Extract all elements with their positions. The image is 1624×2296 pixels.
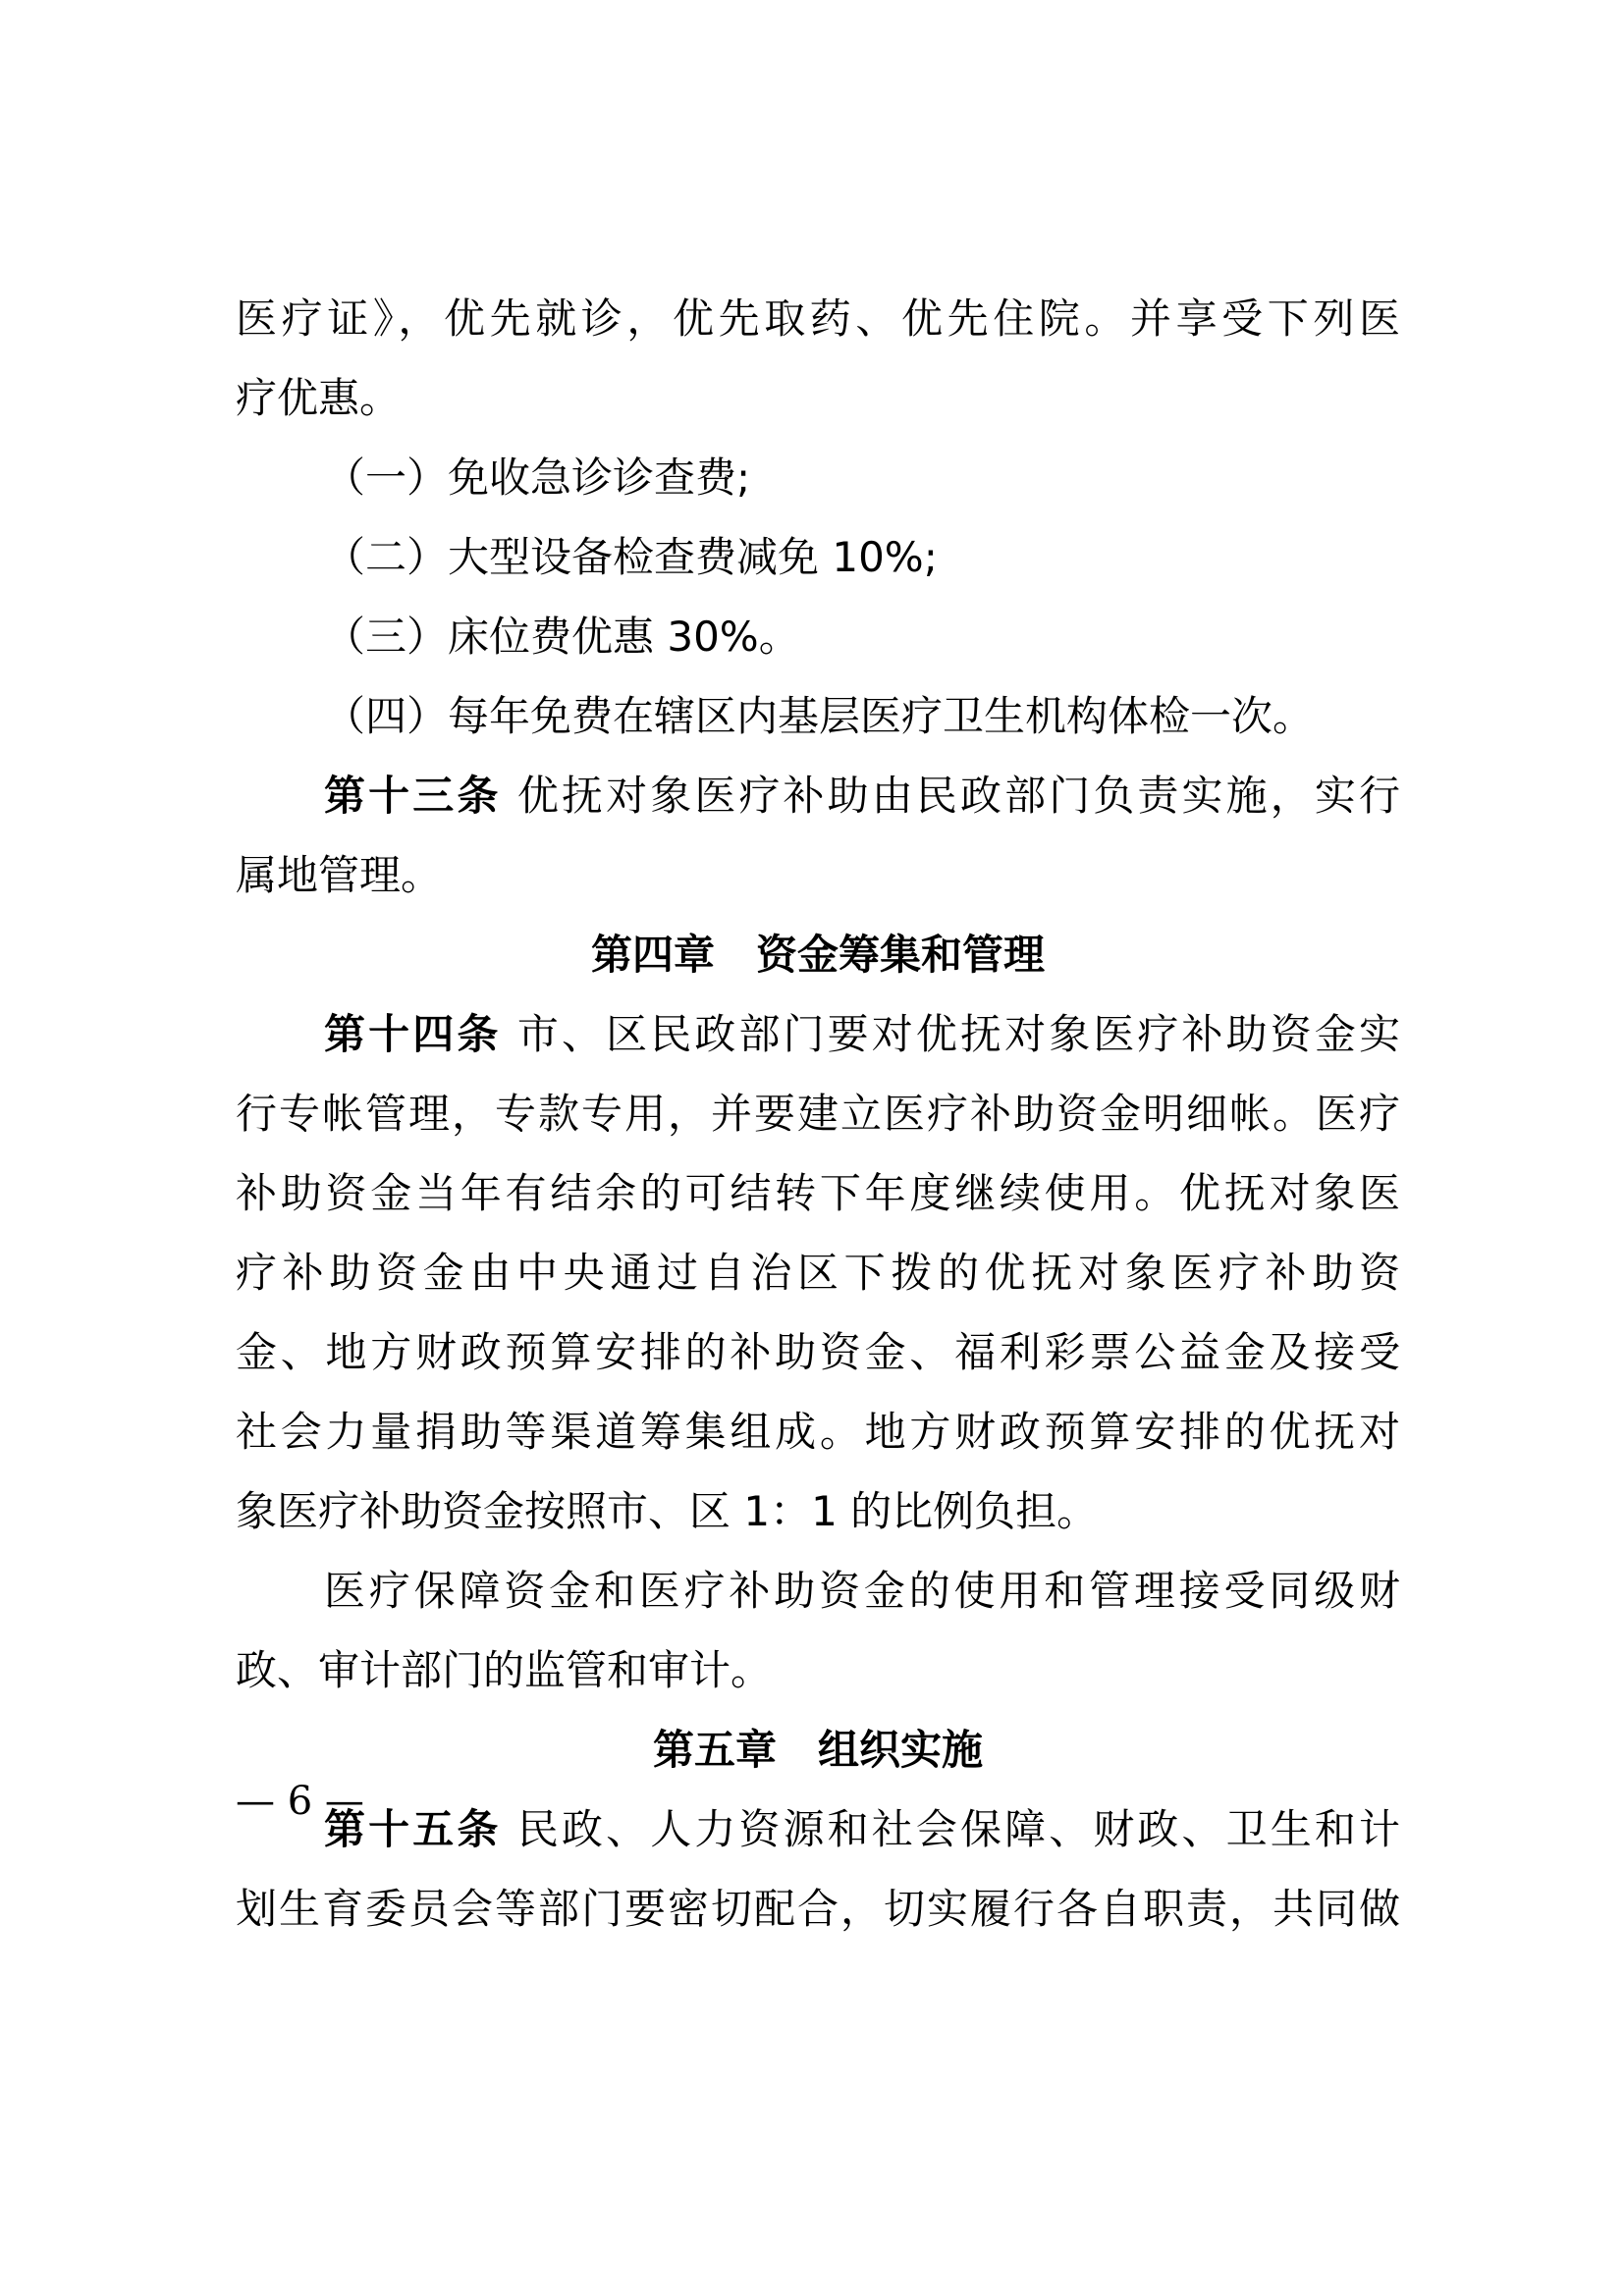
text-line: 疗优惠。 (236, 358, 1400, 438)
text-line: 划生育委员会等部门要密切配合，切实履行各自职责，共同做 (236, 1869, 1400, 1949)
text-line: 属地管理。 (236, 835, 1400, 915)
article-line: 第十三条 优抚对象医疗补助由民政部门负责实施，实行 (236, 756, 1400, 835)
text-line: 医疗证》，优先就诊，优先取药、优先住院。并享受下列医 (236, 279, 1400, 358)
list-item: （一）免收急诊诊查费; (236, 438, 1400, 517)
chapter-title: 组织实施 (818, 1726, 983, 1774)
list-item: （二）大型设备检查费减免 10%; (236, 517, 1400, 597)
text-line: 象医疗补助资金按照市、区 1：1 的比例负担。 (236, 1471, 1400, 1551)
document-body: 医疗证》，优先就诊，优先取药、优先住院。并享受下列医 疗优惠。 （一）免收急诊诊… (236, 279, 1400, 1949)
chapter-heading: 第四章资金筹集和管理 (236, 915, 1400, 994)
list-item: （三）床位费优惠 30%。 (236, 597, 1400, 676)
article-label: 第十三条 (324, 772, 501, 820)
article-line: 第十四条 市、区民政部门要对优抚对象医疗补助资金实 (236, 994, 1400, 1074)
chapter-heading: 第五章组织实施 (236, 1710, 1400, 1789)
article-label: 第十四条 (324, 1010, 501, 1058)
paragraph-line: 医疗保障资金和医疗补助资金的使用和管理接受同级财 (236, 1551, 1400, 1630)
text-line: 疗补助资金由中央通过自治区下拨的优抚对象医疗补助资 (236, 1233, 1400, 1312)
text-line: 政、审计部门的监管和审计。 (236, 1630, 1400, 1710)
chapter-number: 第四章 (591, 931, 715, 979)
list-item: （四）每年免费在辖区内基层医疗卫生机构体检一次。 (236, 676, 1400, 756)
text-line: 社会力量捐助等渠道筹集组成。地方财政预算安排的优抚对 (236, 1392, 1400, 1471)
text-line: 行专帐管理，专款专用，并要建立医疗补助资金明细帐。医疗 (236, 1074, 1400, 1153)
article-line: 第十五条 民政、人力资源和社会保障、财政、卫生和计 (236, 1789, 1400, 1869)
chapter-title: 资金筹集和管理 (756, 931, 1045, 979)
article-text: 市、区民政部门要对优抚对象医疗补助资金实 (517, 1010, 1400, 1058)
article-text: 优抚对象医疗补助由民政部门负责实施，实行 (517, 772, 1400, 820)
page-number: — 6 — (236, 1772, 364, 1831)
text-line: 金、地方财政预算安排的补助资金、福利彩票公益金及接受 (236, 1312, 1400, 1392)
text-line: 补助资金当年有结余的可结转下年度继续使用。优抚对象医 (236, 1153, 1400, 1233)
chapter-number: 第五章 (653, 1726, 777, 1774)
article-text: 民政、人力资源和社会保障、财政、卫生和计 (517, 1805, 1400, 1853)
